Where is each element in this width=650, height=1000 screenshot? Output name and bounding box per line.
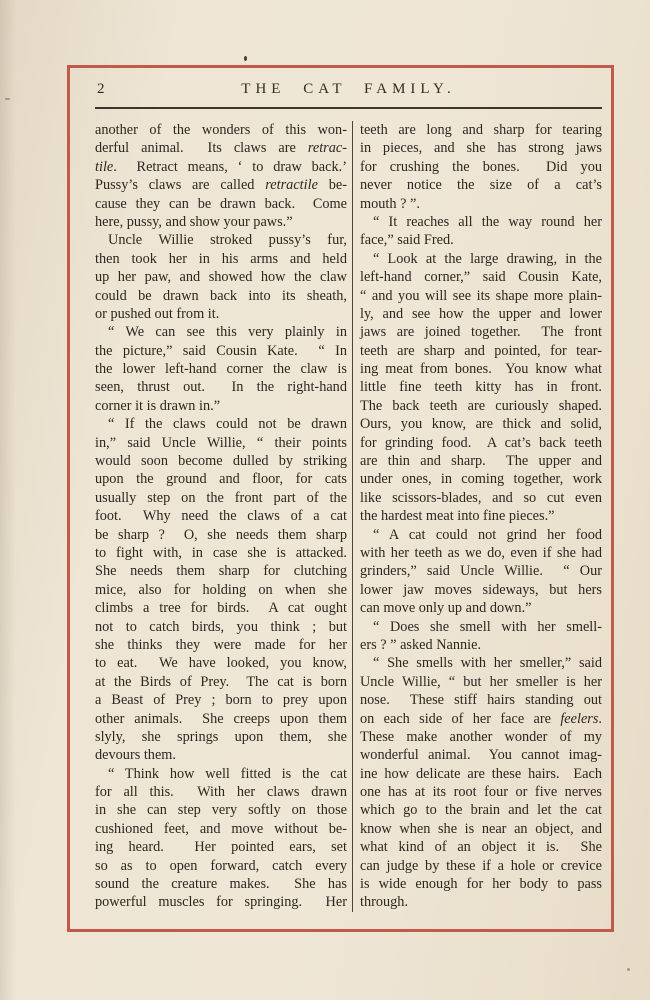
text-line: ers ? ” asked Nannie. [360,636,602,654]
text-line: be sharp ? O, she needs them sharp [95,526,347,544]
text-line: nose. These stiff hairs standing out [360,691,602,709]
column-divider [352,121,353,912]
text-line: ing meat from bones. You know what [360,360,602,378]
text-line: would soon become dulled by striking [95,452,347,470]
text-line: left-hand corner,” said Cousin Kate, [360,268,602,286]
text-line: ine how delicate are these hairs. Each [360,765,602,783]
text-line: so as to open forward, catch every [95,857,347,875]
text-line: which go to the brain and let the cat [360,801,602,819]
text-line: never notice the size of a cat’s [360,176,602,194]
text-line: climbs a tree for birds. A cat ought [95,599,347,617]
text-line: “ A cat could not grind her food [360,526,602,544]
text-line: Uncle Willie stroked pussy’s fur, [95,231,347,249]
text-line: derful animal. Its claws are retrac- [95,139,347,157]
ink-speck [627,968,630,971]
text-line: one has at its root four or five nerves [360,783,602,801]
header-rule [95,107,602,109]
text-line: The back teeth are curiously shaped. [360,397,602,415]
text-line: for grinding food. A cat’s back teeth [360,434,602,452]
text-line: upon the ground and floor, for cats [95,470,347,488]
text-columns: another of the wonders of this won-derfu… [95,121,602,912]
text-line: at the Birds of Prey. The cat is born [95,673,347,691]
ink-speck [244,56,247,61]
ink-speck [5,98,10,100]
left-column: another of the wonders of this won-derfu… [95,121,347,912]
text-line: teeth are long and sharp for tearing [360,121,602,139]
text-line: usually step on the front part of the [95,489,347,507]
text-line: then took her in his arms and held [95,250,347,268]
text-line: in she can step very softly on those [95,801,347,819]
text-line: mice, also for holding on when she [95,581,347,599]
page-header: 2 THE CAT FAMILY. [95,81,602,100]
text-line: on each side of her face are feelers. [360,710,602,728]
text-line: face,” said Fred. [360,231,602,249]
text-line: She needs them sharp for clutching [95,562,347,580]
text-line: can move only up and down.” [360,599,602,617]
text-line: ly, and see how the upper and lower [360,305,602,323]
text-line: “ We can see this very plainly in [95,323,347,341]
text-line: devours them. [95,746,347,764]
page-title: THE CAT FAMILY. [95,81,602,98]
text-line: jaws are joined together. The front [360,323,602,341]
text-line: the picture,” said Cousin Kate. “ In [95,342,347,360]
text-line: cause they can be drawn back. Come [95,195,347,213]
text-line: These make another wonder of my [360,728,602,746]
text-line: tile. Retract means, ‘ to draw back.’ [95,158,347,176]
text-line: she thinks they were made for her [95,636,347,654]
text-line: “ Does she smell with her smell- [360,618,602,636]
text-line: Pussy’s claws are called retractile be- [95,176,347,194]
text-line: to eat. We have looked, you know, [95,654,347,672]
text-line: sound the creature makes. She has [95,875,347,893]
text-line: foot. Why need the claws of a cat [95,507,347,525]
text-line: grinders,” said Uncle Willie. “ Our [360,562,602,580]
text-line: “ and you will see its shape more plain- [360,287,602,305]
text-line: another of the wonders of this won- [95,121,347,139]
text-line: mouth ? ”. [360,195,602,213]
text-line: “ Look at the large drawing, in the [360,250,602,268]
page-number: 2 [97,81,106,98]
text-line: powerful muscles for springing. Her [95,893,347,911]
text-line: are thin and sharp. The upper and [360,452,602,470]
text-line: for crushing the bones. Did you [360,158,602,176]
right-column: teeth are long and sharp for tearingin p… [360,121,602,912]
text-line: is wide enough for her body to pass [360,875,602,893]
text-line: not to catch birds, you think ; but [95,618,347,636]
text-line: know when she is near an object, and [360,820,602,838]
text-line: here, pussy, and show your paws.” [95,213,347,231]
text-line: to fight with, in case she is attacked. [95,544,347,562]
text-line: up her paw, and showed how the claw [95,268,347,286]
text-line: under ones, in coming together, work [360,470,602,488]
text-line: or pushed out from it. [95,305,347,323]
page-border-frame: 2 THE CAT FAMILY. another of the wonders… [67,65,614,932]
text-line: the lower left-hand corner the claw is [95,360,347,378]
text-line: could be drawn back into its sheath, [95,287,347,305]
text-line: for all this. With her claws drawn [95,783,347,801]
text-line: wonderful animal. You cannot imag- [360,746,602,764]
text-line: lower jaw moves sideways, but hers [360,581,602,599]
text-line: through. [360,893,602,911]
text-line: seen, thrust out. In the right-hand [95,378,347,396]
text-line: cushioned feet, and move without be- [95,820,347,838]
text-line: the hardest meat into fine pieces.” [360,507,602,525]
text-line: teeth are sharp and pointed, for tear- [360,342,602,360]
text-line: Uncle Willie, “ but her smeller is her [360,673,602,691]
text-line: “ Think how well fitted is the cat [95,765,347,783]
photo-edge-shadow [0,0,16,1000]
text-line: like scissors-blades, and so cut even [360,489,602,507]
text-line: what kind of an object it is. She [360,838,602,856]
text-line: Ours, you know, are thick and solid, [360,415,602,433]
text-line: “ If the claws could not be drawn [95,415,347,433]
text-line: little fine teeth kitty has in front. [360,378,602,396]
text-line: “ She smells with her smeller,” said [360,654,602,672]
text-line: “ It reaches all the way round her [360,213,602,231]
text-line: with her teeth as we do, even if she had [360,544,602,562]
text-line: in,” said Uncle Willie, “ their points [95,434,347,452]
text-line: in pieces, and she has strong jaws [360,139,602,157]
text-line: slyly, she springs upon them, she [95,728,347,746]
text-line: ing heard. Her pointed ears, set [95,838,347,856]
text-line: a Beast of Prey ; born to prey upon [95,691,347,709]
text-line: other animals. She creeps upon them [95,710,347,728]
text-line: corner it is drawn in.” [95,397,347,415]
text-line: can judge by these if a hole or crevice [360,857,602,875]
